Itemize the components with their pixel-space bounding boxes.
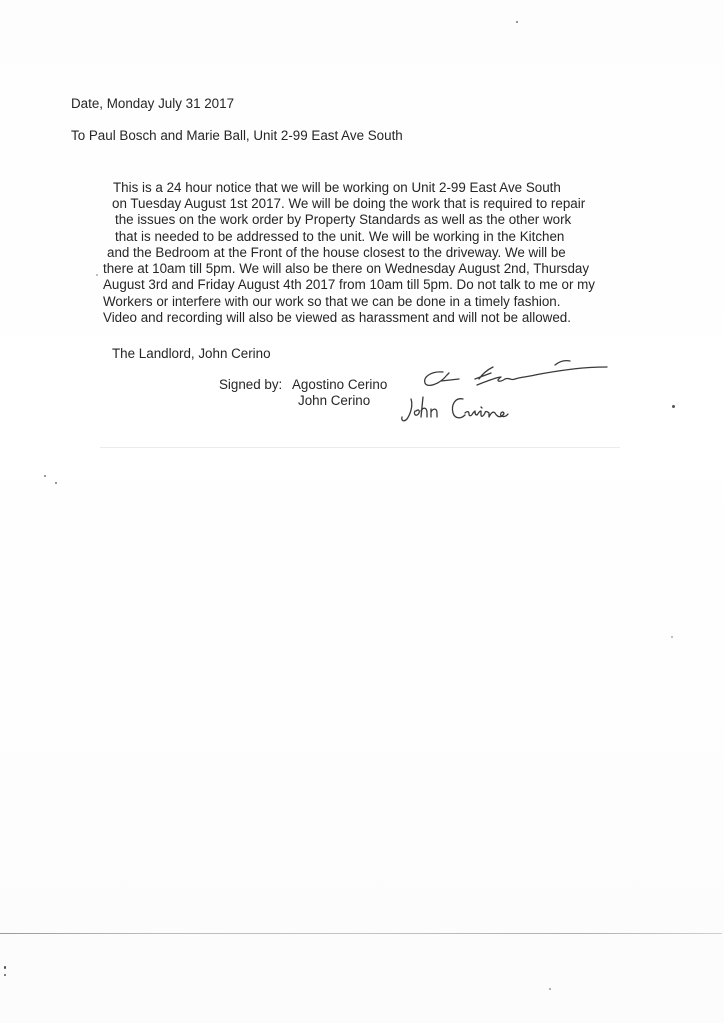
scan-speck: [516, 21, 518, 23]
body-line: that is needed to be addressed to the un…: [115, 229, 564, 245]
scan-speck: [44, 475, 46, 477]
signature-john: [402, 399, 412, 421]
closing-line: The Landlord, John Cerino: [112, 346, 271, 362]
signed-by-label: Signed by:: [219, 377, 282, 393]
body-line: and the Bedroom at the Front of the hous…: [107, 245, 566, 261]
signer-name: John Cerino: [298, 393, 370, 409]
body-line: Video and recording will also be viewed …: [103, 310, 571, 326]
handwritten-signatures: [395, 355, 620, 430]
signer-name: Agostino Cerino: [292, 377, 387, 393]
scan-streak: [100, 447, 620, 448]
scanned-letter-page: Date, Monday July 31 2017 To Paul Bosch …: [0, 0, 724, 1023]
body-line: there at 10am till 5pm. We will also be …: [103, 261, 589, 277]
scan-speck: [96, 274, 98, 276]
body-line: on Tuesday August 1st 2017. We will be d…: [112, 196, 585, 212]
recipient-line: To Paul Bosch and Marie Ball, Unit 2-99 …: [71, 128, 403, 144]
body-line: August 3rd and Friday August 4th 2017 fr…: [103, 277, 595, 293]
scan-speck: [4, 966, 6, 969]
signature-cerino: [452, 399, 465, 418]
body-line: This is a 24 hour notice that we will be…: [113, 180, 561, 196]
body-line: the issues on the work order by Property…: [115, 212, 571, 228]
date-line: Date, Monday July 31 2017: [71, 96, 234, 112]
signature-agostino-initial: [425, 372, 459, 385]
scan-speck: [4, 974, 6, 976]
scan-fold-line: [0, 933, 722, 934]
scan-speck: [55, 482, 57, 484]
scan-speck: [671, 636, 673, 638]
body-line: Workers or interfere with our work so th…: [103, 294, 560, 310]
scan-speck: [672, 405, 675, 408]
scan-speck: [549, 988, 551, 990]
